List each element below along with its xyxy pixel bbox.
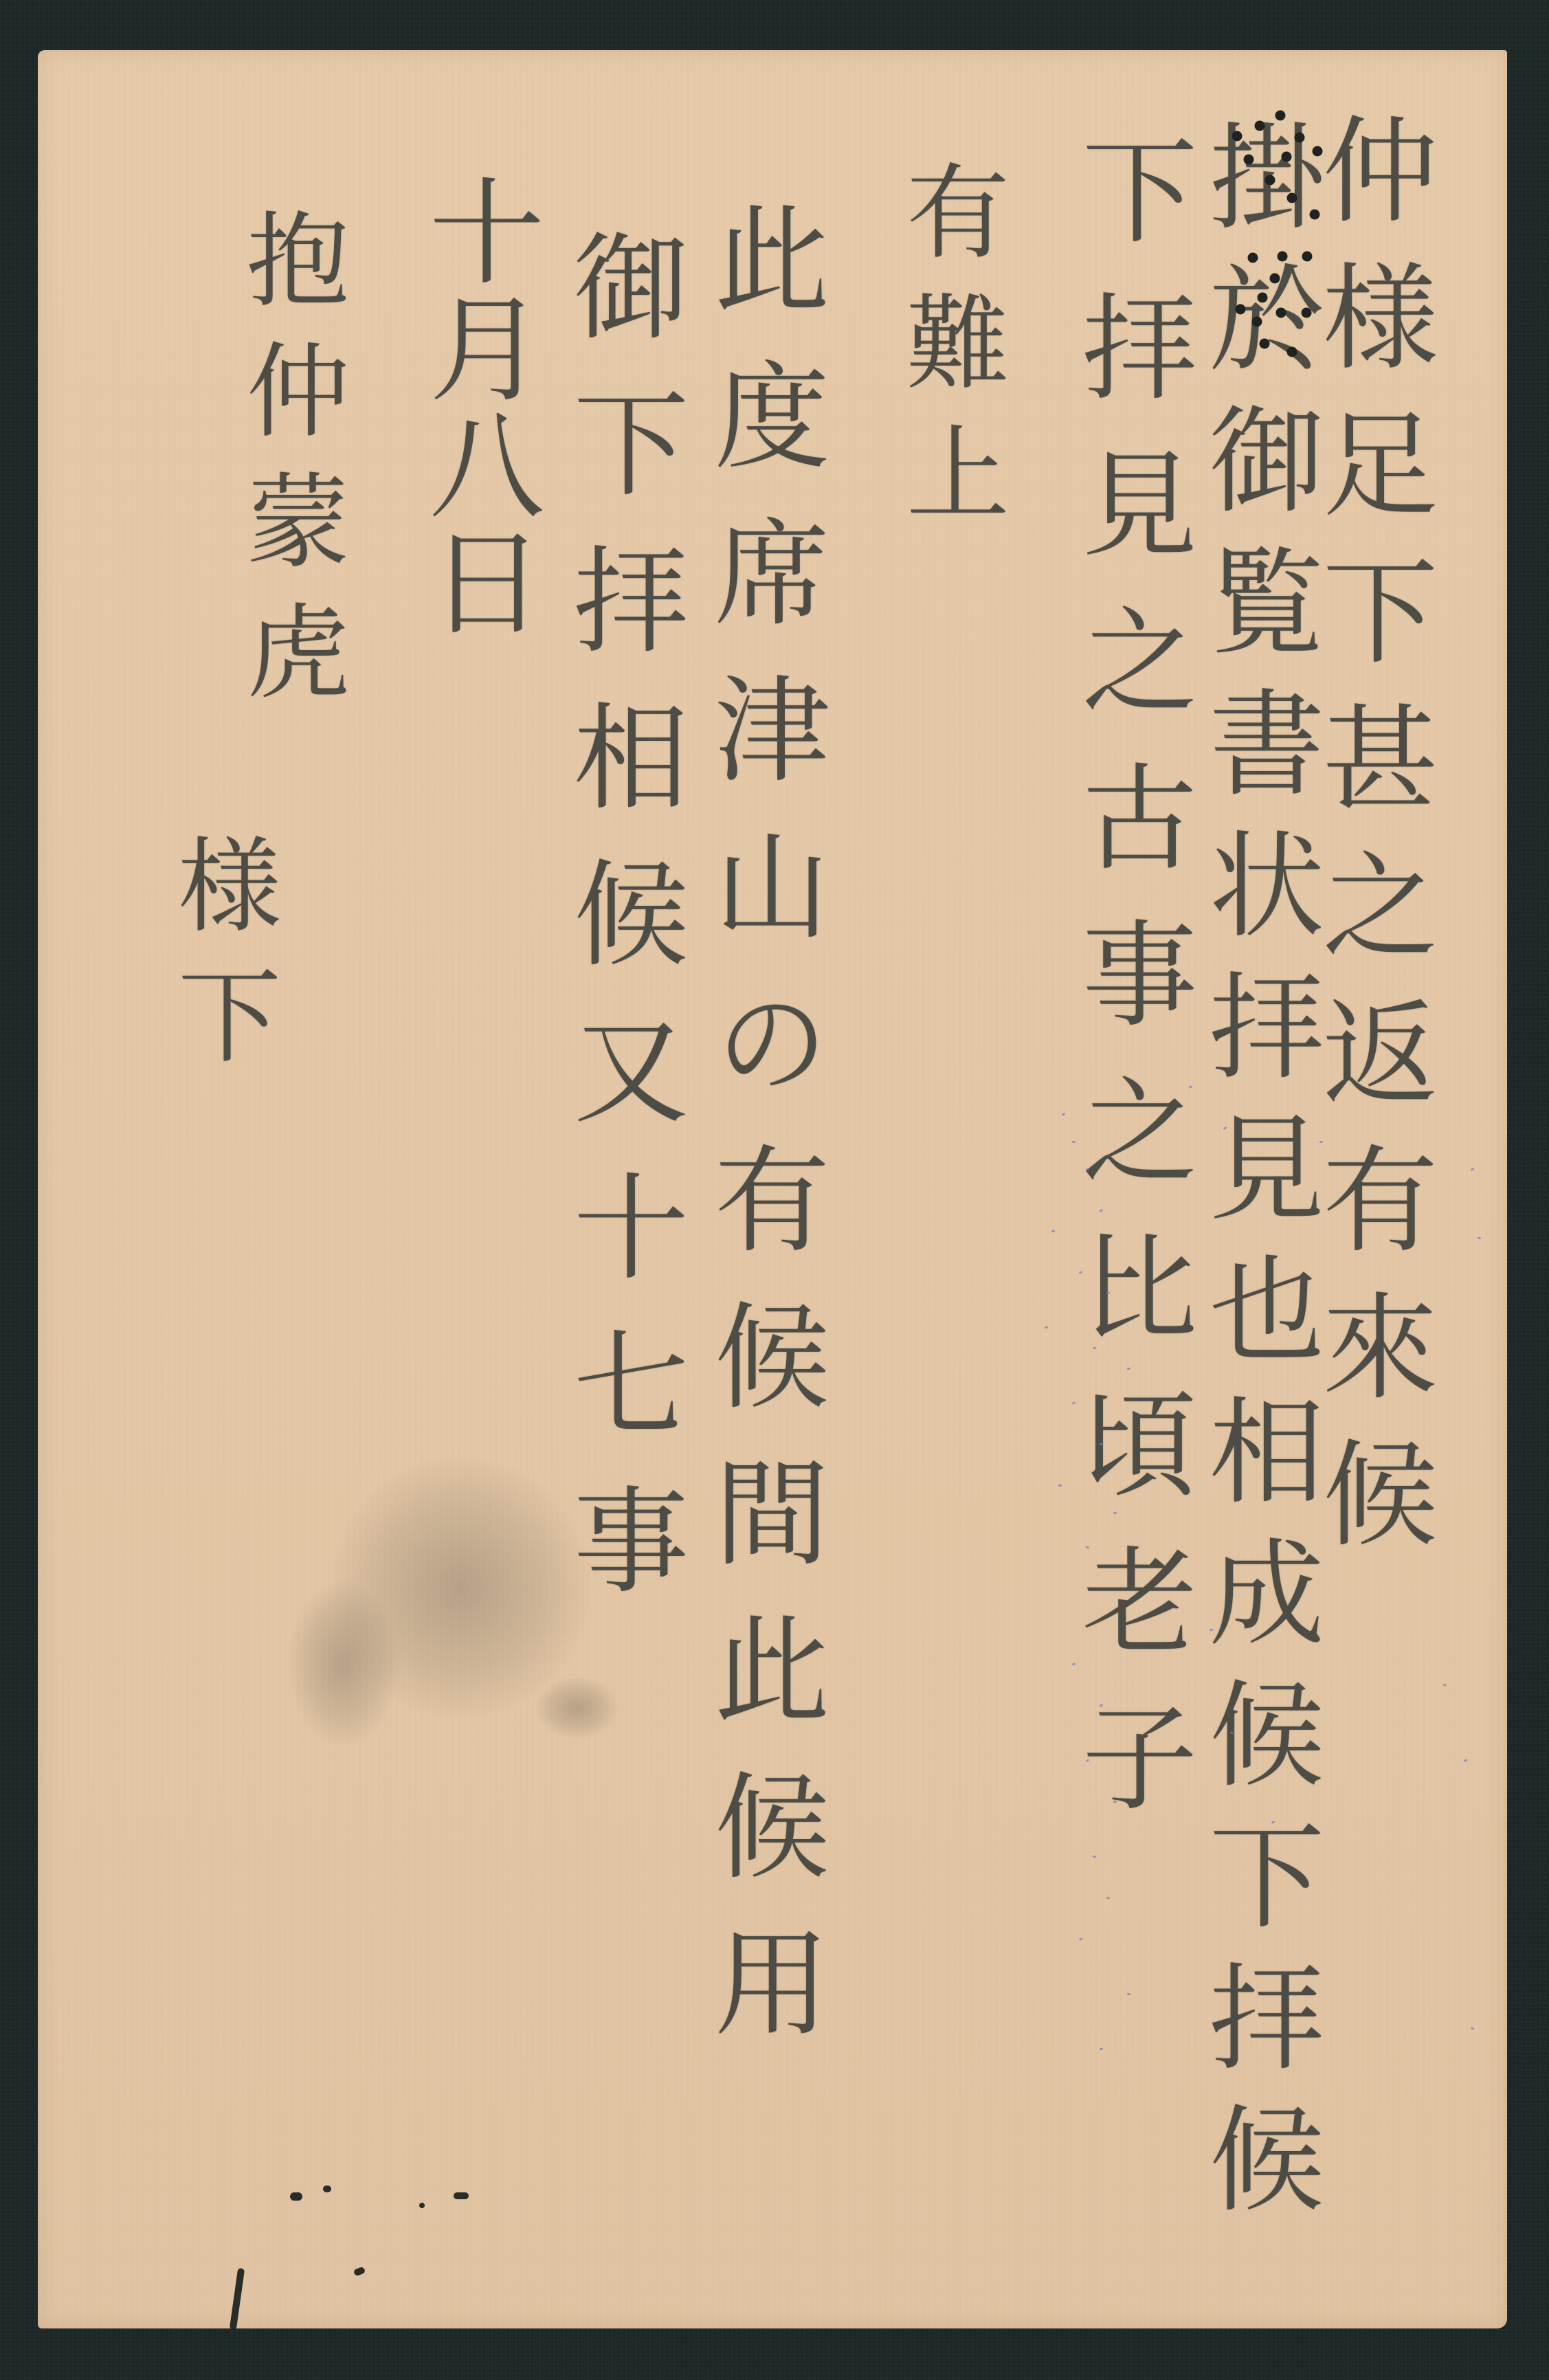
- perforation-dot: [1244, 155, 1254, 165]
- blue-speck: [1113, 1801, 1117, 1803]
- perforation-dot: [1287, 347, 1297, 357]
- handwriting-column-1: 仲様足下甚之返有來候: [1313, 110, 1429, 1581]
- blue-speck: [1079, 1937, 1083, 1941]
- handwriting-column-5: 此度席津山の有候間此候用: [705, 199, 821, 2080]
- perforation-dot: [1302, 252, 1313, 262]
- stray-mark: [454, 2192, 469, 2199]
- smudge: [536, 1677, 619, 1739]
- perforation-dot: [1295, 133, 1305, 143]
- perforation-dot: [1270, 274, 1280, 284]
- perforation-dot: [1252, 317, 1262, 327]
- stray-mark: [353, 2267, 366, 2277]
- perforation-dot: [1276, 308, 1286, 318]
- blue-speck: [1086, 1168, 1089, 1171]
- perforation-dot: [1310, 210, 1320, 220]
- perforation-dot: [1236, 304, 1246, 315]
- blue-speck: [1471, 1168, 1475, 1171]
- blue-speck: [1319, 1141, 1323, 1144]
- stray-mark: [419, 2203, 425, 2208]
- perforation-dot: [1258, 293, 1268, 303]
- blue-speck: [1127, 1993, 1130, 1996]
- handwriting-column-2: 掛於御覧書状拝見也相成候下拝候: [1200, 117, 1315, 2240]
- perforation-dot: [1278, 252, 1288, 262]
- blue-speck: [1058, 1484, 1062, 1487]
- blue-speck: [1443, 1683, 1447, 1687]
- blue-speck: [1051, 1230, 1055, 1233]
- blue-speck: [1113, 1512, 1117, 1515]
- perforation-dot: [1287, 193, 1297, 203]
- perforation-dot: [1260, 339, 1270, 349]
- handwriting-column-9: 様下: [168, 832, 271, 1093]
- perforation-dot: [1265, 175, 1275, 186]
- stray-mark: [230, 2268, 245, 2328]
- blue-speck: [1072, 1141, 1076, 1144]
- handwriting-column-6: 御下拝相候又十七事: [564, 227, 680, 1637]
- perforation-dot: [1275, 111, 1286, 121]
- perforation-dot: [1248, 253, 1258, 263]
- perforation-dot: [1282, 152, 1292, 162]
- handwriting-column-8: 抱仲蒙虎: [237, 206, 340, 729]
- handwriting-column-3: 下拝見之古事之比頃老子: [1073, 131, 1188, 1854]
- handwriting-column-7: 十月八日: [420, 172, 535, 639]
- handwriting-column-4: 有難上: [897, 158, 1000, 550]
- stray-mark: [323, 2186, 331, 2192]
- postcard: 仲様足下甚之返有來候掛於御覧書状拝見也相成候下拝候下拝見之古事之比頃老子有難上此…: [38, 50, 1507, 2328]
- blue-speck: [1045, 1326, 1048, 1328]
- blue-speck: [1471, 2027, 1475, 2030]
- smudge: [289, 1581, 399, 1746]
- blue-speck: [1100, 2048, 1103, 2051]
- blue-speck: [1478, 1236, 1482, 1240]
- stray-mark: [290, 2192, 302, 2201]
- blue-speck: [1100, 1443, 1103, 1446]
- perforation-dot: [1313, 146, 1323, 157]
- perforation-dot: [1255, 121, 1265, 131]
- blue-speck: [1106, 1896, 1111, 1900]
- blue-speck: [1464, 1759, 1468, 1762]
- perforation-dot: [1232, 131, 1242, 142]
- perforation-dot: [1302, 308, 1312, 318]
- blue-speck: [1093, 1856, 1096, 1858]
- blue-speck: [1127, 1368, 1130, 1370]
